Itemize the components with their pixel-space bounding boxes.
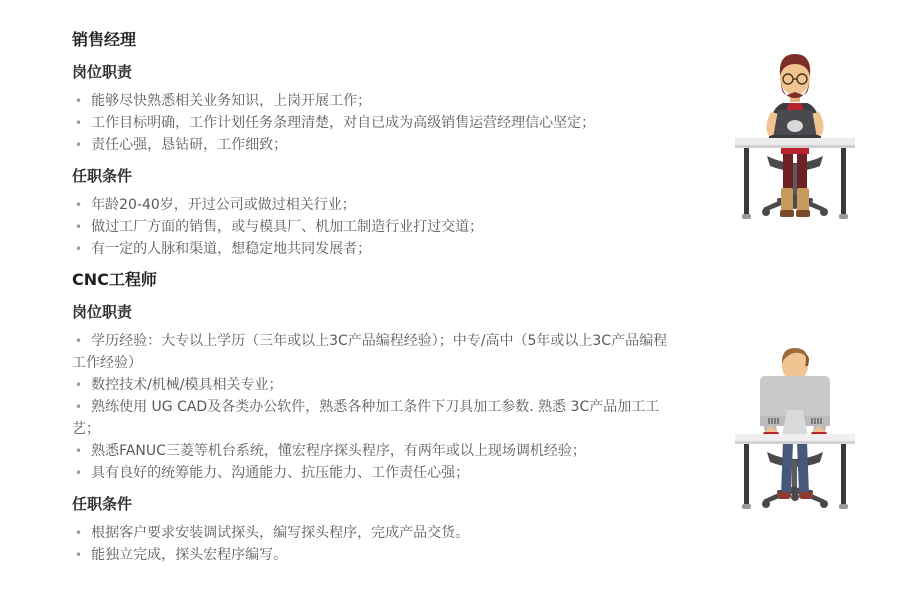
list-item-text: 责任心强，恳钻研，工作细致； xyxy=(91,137,287,153)
list-item: •能独立完成，探头宏程序编写。 xyxy=(72,544,676,566)
job-block-cnc-engineer: CNC工程师 岗位职责 •学历经验：大专以上学历（三年或以上3C产品编程经验）；… xyxy=(72,270,676,566)
list-item: •做过工厂方面的销售，或与模具厂、机加工制造行业打过交道； xyxy=(72,216,676,238)
list-item: •学历经验：大专以上学历（三年或以上3C产品编程经验）；中专/高中（5年或以上3… xyxy=(72,330,676,374)
bullet-icon: • xyxy=(75,548,82,562)
list-item-text: 熟悉FANUC三菱等机台系统，懂宏程序探头程序，有两年或以上现场调机经验； xyxy=(91,443,586,459)
bullet-icon: • xyxy=(75,242,82,256)
list-item: •年龄20-40岁，开过公司或做过相关行业； xyxy=(72,194,676,216)
list-item: •有一定的人脉和渠道，想稳定地共同发展者； xyxy=(72,238,676,260)
section-heading-requirements: 任职条件 xyxy=(72,166,676,186)
list-item-text: 有一定的人脉和渠道，想稳定地共同发展者； xyxy=(91,241,371,257)
bullet-icon: • xyxy=(75,220,82,234)
bullet-icon: • xyxy=(75,116,82,130)
bullet-icon: • xyxy=(75,444,82,458)
list-item: •责任心强，恳钻研，工作细致； xyxy=(72,134,676,156)
list-item: •熟练使用 UG CAD及各类办公软件，熟悉各种加工条件下刀具加工参数. 熟悉 … xyxy=(72,396,676,440)
man-at-monitor-illustration xyxy=(733,344,857,514)
list-item: •熟悉FANUC三菱等机台系统，懂宏程序探头程序，有两年或以上现场调机经验； xyxy=(72,440,676,462)
bullet-icon: • xyxy=(75,138,82,152)
requirements-list: •根据客户要求安装调试探头，编写探头程序，完成产品交货。 •能独立完成，探头宏程… xyxy=(72,522,676,566)
job-title-sales-manager: 销售经理 xyxy=(72,30,676,50)
man-at-laptop-illustration xyxy=(733,42,857,226)
list-item-text: 学历经验：大专以上学历（三年或以上3C产品编程经验）；中专/高中（5年或以上3C… xyxy=(72,333,667,371)
section-heading-requirements: 任职条件 xyxy=(72,494,676,514)
responsibilities-list: •学历经验：大专以上学历（三年或以上3C产品编程经验）；中专/高中（5年或以上3… xyxy=(72,330,676,484)
section-heading-responsibilities: 岗位职责 xyxy=(72,62,676,82)
list-item-text: 根据客户要求安装调试探头，编写探头程序，完成产品交货。 xyxy=(91,525,469,541)
list-item-text: 工作目标明确，工作计划任务条理清楚，对自已成为高级销售运营经理信心坚定； xyxy=(91,115,595,131)
list-item-text: 具有良好的统筹能力、沟通能力、抗压能力、工作责任心强； xyxy=(91,465,469,481)
list-item: •具有良好的统筹能力、沟通能力、抗压能力、工作责任心强； xyxy=(72,462,676,484)
bullet-icon: • xyxy=(75,334,82,348)
list-item: •能够尽快熟悉相关业务知识，上岗开展工作； xyxy=(72,90,676,112)
list-item: •根据客户要求安装调试探头，编写探头程序，完成产品交货。 xyxy=(72,522,676,544)
man-at-laptop-svg xyxy=(733,42,857,226)
job-block-sales-manager: 销售经理 岗位职责 •能够尽快熟悉相关业务知识，上岗开展工作； •工作目标明确，… xyxy=(72,30,676,260)
bullet-icon: • xyxy=(75,466,82,480)
list-item: •工作目标明确，工作计划任务条理清楚，对自已成为高级销售运营经理信心坚定； xyxy=(72,112,676,134)
bullet-icon: • xyxy=(75,94,82,108)
list-item-text: 熟练使用 UG CAD及各类办公软件，熟悉各种加工条件下刀具加工参数. 熟悉 3… xyxy=(72,399,659,437)
job-listings: 销售经理 岗位职责 •能够尽快熟悉相关业务知识，上岗开展工作； •工作目标明确，… xyxy=(72,30,676,576)
bullet-icon: • xyxy=(75,400,82,414)
list-item-text: 年龄20-40岁，开过公司或做过相关行业； xyxy=(91,197,356,213)
list-item-text: 数控技术/机械/模具相关专业； xyxy=(91,377,282,393)
list-item-text: 做过工厂方面的销售，或与模具厂、机加工制造行业打过交道； xyxy=(91,219,483,235)
responsibilities-list: •能够尽快熟悉相关业务知识，上岗开展工作； •工作目标明确，工作计划任务条理清楚… xyxy=(72,90,676,156)
man-at-monitor-svg xyxy=(733,344,857,514)
list-item: •数控技术/机械/模具相关专业； xyxy=(72,374,676,396)
section-heading-responsibilities: 岗位职责 xyxy=(72,302,676,322)
requirements-list: •年龄20-40岁，开过公司或做过相关行业； •做过工厂方面的销售，或与模具厂、… xyxy=(72,194,676,260)
list-item-text: 能够尽快熟悉相关业务知识，上岗开展工作； xyxy=(91,93,371,109)
list-item-text: 能独立完成，探头宏程序编写。 xyxy=(91,547,287,563)
bullet-icon: • xyxy=(75,526,82,540)
bullet-icon: • xyxy=(75,378,82,392)
bullet-icon: • xyxy=(75,198,82,212)
job-title-cnc-engineer: CNC工程师 xyxy=(72,270,676,290)
